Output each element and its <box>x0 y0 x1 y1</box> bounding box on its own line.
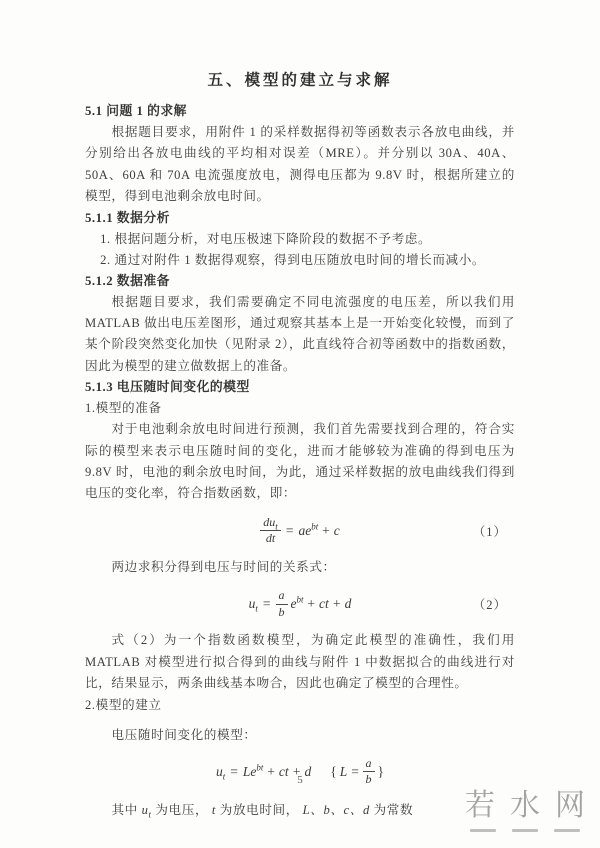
paragraph-intro: 根据题目要求，用附件 1 的采样数据得初等函数表示各放电曲线，并分别给出各放电曲… <box>85 122 515 208</box>
paragraph-integrate: 两边求积分得到电压与时间的关系式： <box>85 557 515 578</box>
equation-number-2: （2） <box>473 595 507 613</box>
formula-2-expression: ut = a b ebt + ct + d <box>249 589 352 620</box>
subheading-model-build: 2.模型的建立 <box>85 695 515 716</box>
watermark-subtext-bar <box>470 829 496 832</box>
watermark-subtext-bar <box>512 829 538 832</box>
watermark-text: 若水网 <box>464 780 600 824</box>
watermark-subtext-bar <box>554 829 580 832</box>
watermark: 若水网 <box>464 780 586 832</box>
document-page: 五、模型的建立与求解 5.1 问题 1 的求解 根据题目要求，用附件 1 的采样… <box>0 0 600 848</box>
list-item-1: 1. 根据问题分析，对电压极速下降阶段的数据不予考虑。 <box>85 229 515 250</box>
heading-5-1-1: 5.1.1 数据分析 <box>85 208 515 229</box>
paragraph-model-prep: 对于电池剩余放电时间进行预测，我们首先需要找到合理的，符合实际的模型来表示电压随… <box>85 419 515 505</box>
heading-5-1-3: 5.1.3 电压随时间变化的模型 <box>85 377 515 398</box>
list-item-2: 2. 通过对附件 1 数据得观察，得到电压随放电时间的增长而减小。 <box>85 250 515 271</box>
heading-5-1-2: 5.1.2 数据准备 <box>85 271 515 292</box>
fraction-du-dt: dut dt <box>260 516 281 547</box>
subheading-model-prep: 1.模型的准备 <box>85 398 515 419</box>
paragraph-variables: 其中 ut 为电压， t 为放电时间， L、b、c、d 为常数 <box>85 800 515 826</box>
page-title: 五、模型的建立与求解 <box>85 70 515 92</box>
paragraph-model-label: 电压随时间变化的模型： <box>85 725 515 746</box>
paragraph-data-prep: 根据题目要求，我们需要确定不同电流强度的电压差，所以我们用 MATLAB 做出电… <box>85 292 515 378</box>
formula-1-expression: dut dt = aebt + c <box>260 516 339 547</box>
fraction-a-b: a b <box>276 589 288 620</box>
formula-2: ut = a b ebt + ct + d （2） <box>85 586 515 622</box>
heading-5-1: 5.1 问题 1 的求解 <box>85 101 515 122</box>
equation-number-1: （1） <box>473 522 507 540</box>
paragraph-verify: 式（2）为一个指数函数模型，为确定此模型的准确性，我们用 MATLAB 对模型进… <box>85 630 515 694</box>
formula-1: dut dt = aebt + c （1） <box>85 513 515 549</box>
watermark-subtext-bars <box>464 829 586 832</box>
page-content: 五、模型的建立与求解 5.1 问题 1 的求解 根据题目要求，用附件 1 的采样… <box>0 0 600 825</box>
